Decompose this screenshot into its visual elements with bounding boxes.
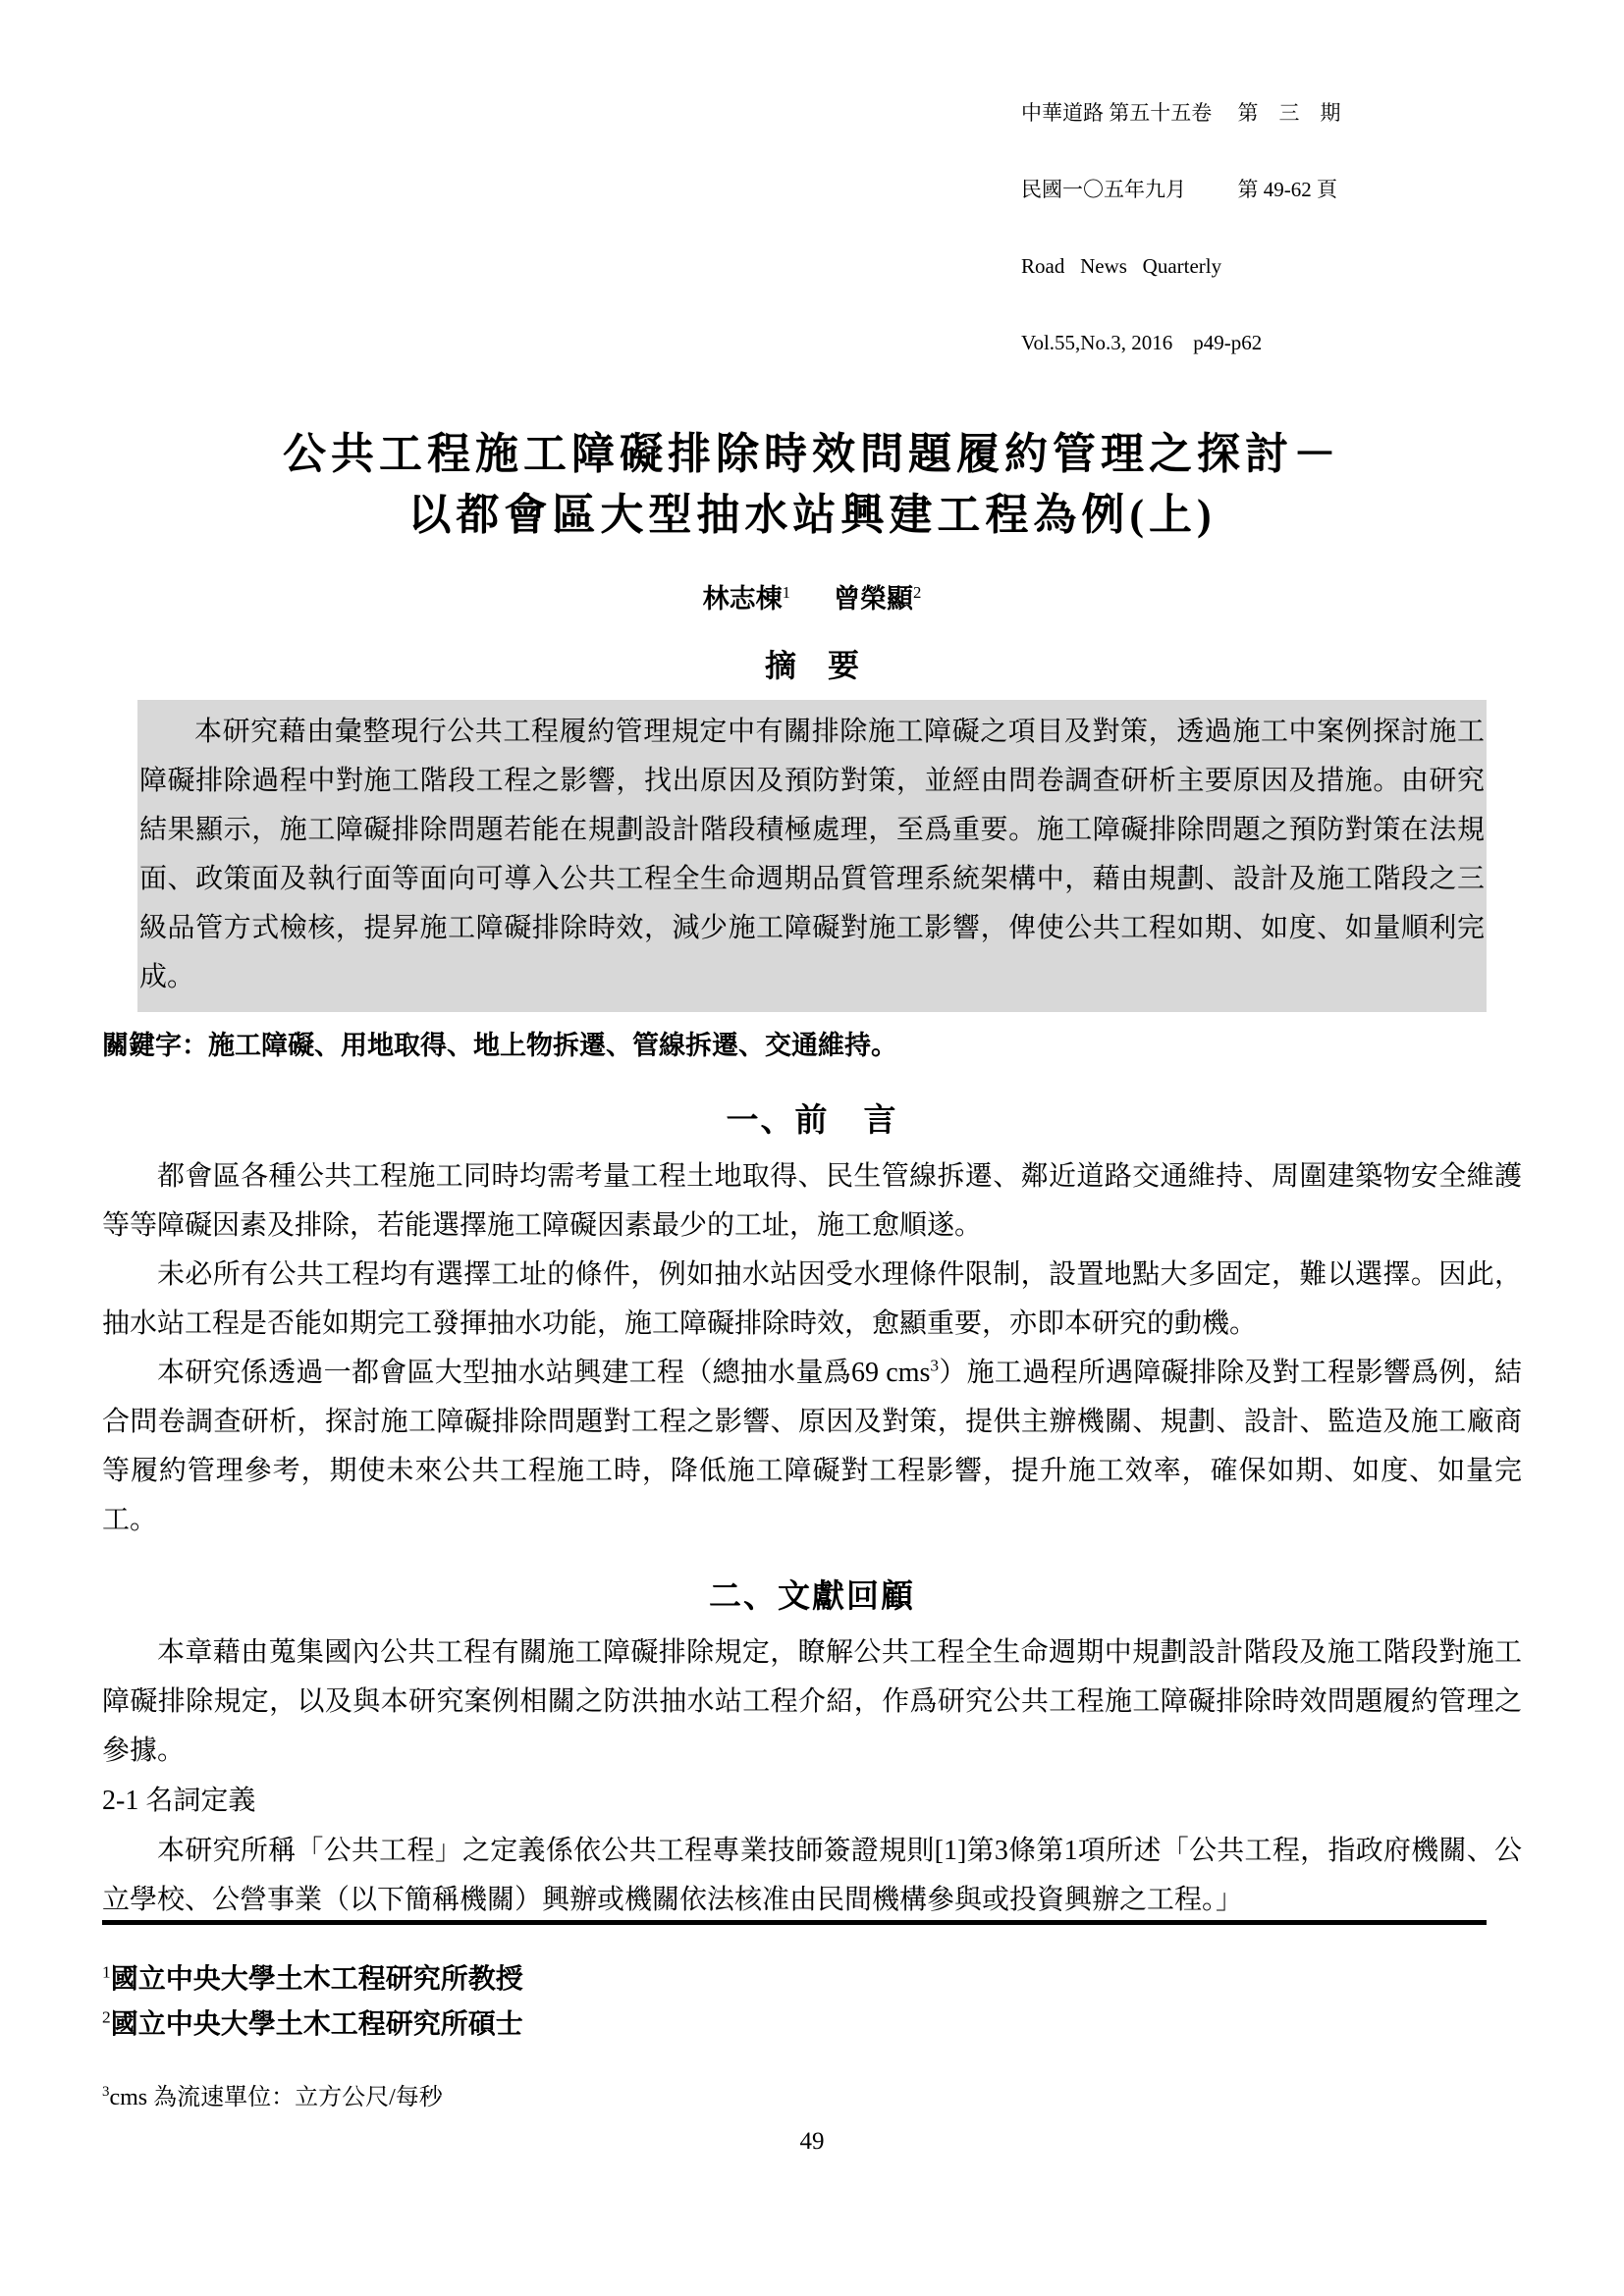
footnote-2-text: 國立中央大學土木工程研究所碩士 bbox=[111, 2008, 523, 2039]
journal-header-volume-zh: 中華道路 第五十五卷 第 三 期 bbox=[1021, 100, 1394, 126]
footnote-block: 1國立中央大學土木工程研究所教授 2國立中央大學土木工程研究所碩士 3cms 為… bbox=[102, 1920, 1487, 2113]
author-1-name: 林志棟 bbox=[703, 584, 783, 614]
footnote-1-marker: 1 bbox=[102, 1963, 111, 1982]
article-title-line1: 公共工程施工障礙排除時效問題履約管理之探討－ bbox=[102, 424, 1522, 485]
footnote-2: 2國立中央大學土木工程研究所碩士 bbox=[102, 2002, 1487, 2047]
author-line: 林志棟1曾榮顯2 bbox=[102, 577, 1522, 615]
footnote-2-marker: 2 bbox=[102, 2008, 111, 2027]
author-1: 林志棟1 bbox=[703, 577, 790, 615]
section-1-paragraph-1: 都會區各種公共工程施工同時均需考量工程土地取得、民生管線拆遷、鄰近道路交通維持、… bbox=[102, 1152, 1522, 1251]
article-title: 公共工程施工障礙排除時效問題履約管理之探討－ 以都會區大型抽水站興建工程為例(上… bbox=[102, 424, 1522, 546]
page-number: 49 bbox=[0, 2128, 1624, 2156]
abstract-box: 本研究藉由彙整現行公共工程履約管理規定中有關排除施工障礙之項目及對策，透過施工中… bbox=[137, 700, 1487, 1012]
journal-header-date-pages-zh: 民國一〇五年九月 第 49-62 頁 bbox=[1021, 177, 1394, 202]
footnote-1-text: 國立中央大學土木工程研究所教授 bbox=[111, 1963, 523, 1994]
section-2-1-subheading: 2-1 名詞定義 bbox=[102, 1776, 1522, 1827]
abstract-heading: 摘 要 bbox=[102, 641, 1522, 686]
section-1-paragraph-3: 本研究係透過一都會區大型抽水站興建工程（總抽水量爲69 cms3）施工過程所遇障… bbox=[102, 1349, 1522, 1545]
section-2-heading: 二、文獻回顧 bbox=[102, 1571, 1522, 1617]
keywords-line: 關鍵字：施工障礙、用地取得、地上物拆遷、管線拆遷、交通維持。 bbox=[102, 1022, 1522, 1069]
unit-note: 3cms 為流速單位：立方公尺/每秒 bbox=[102, 2082, 1487, 2113]
author-2-footnote-marker: 2 bbox=[913, 583, 921, 602]
section-1-paragraph-3-text-a: 本研究係透過一都會區大型抽水站興建工程（總抽水量爲69 cms bbox=[157, 1358, 930, 1388]
author-2-name: 曾榮顯 bbox=[834, 584, 913, 614]
section-2-paragraph-2: 本研究所稱「公共工程」之定義係依公共工程專業技師簽證規則[1]第3條第1項所述「… bbox=[102, 1827, 1522, 1925]
abstract-text: 本研究藉由彙整現行公共工程履約管理規定中有關排除施工障礙之項目及對策，透過施工中… bbox=[139, 708, 1485, 1002]
journal-header: 中華道路 第五十五卷 第 三 期 民國一〇五年九月 第 49-62 頁 Road… bbox=[1021, 49, 1394, 406]
article-title-line2: 以都會區大型抽水站興建工程為例(上) bbox=[102, 485, 1522, 546]
journal-page: 中華道路 第五十五卷 第 三 期 民國一〇五年九月 第 49-62 頁 Road… bbox=[0, 0, 1624, 2296]
section-1-paragraph-2: 未必所有公共工程均有選擇工址的條件，例如抽水站因受水理條件限制，設置地點大多固定… bbox=[102, 1251, 1522, 1349]
journal-header-name-en: Road News Quarterly bbox=[1021, 253, 1394, 279]
page-content: 中華道路 第五十五卷 第 三 期 民國一〇五年九月 第 49-62 頁 Road… bbox=[0, 0, 1624, 1925]
journal-header-volume-en: Vol.55,No.3, 2016 p49-p62 bbox=[1021, 330, 1394, 355]
cms-unit-footnote-marker: 3 bbox=[930, 1357, 939, 1375]
section-2-paragraph-1: 本章藉由蒐集國內公共工程有關施工障礙排除規定，瞭解公共工程全生命週期中規劃設計階… bbox=[102, 1629, 1522, 1776]
author-1-footnote-marker: 1 bbox=[783, 583, 790, 602]
author-2: 曾榮顯2 bbox=[834, 577, 921, 615]
footnote-1: 1國立中央大學土木工程研究所教授 bbox=[102, 1956, 1487, 2002]
section-1-heading: 一、前 言 bbox=[102, 1095, 1522, 1141]
unit-note-text: cms 為流速單位：立方公尺/每秒 bbox=[109, 2085, 442, 2110]
